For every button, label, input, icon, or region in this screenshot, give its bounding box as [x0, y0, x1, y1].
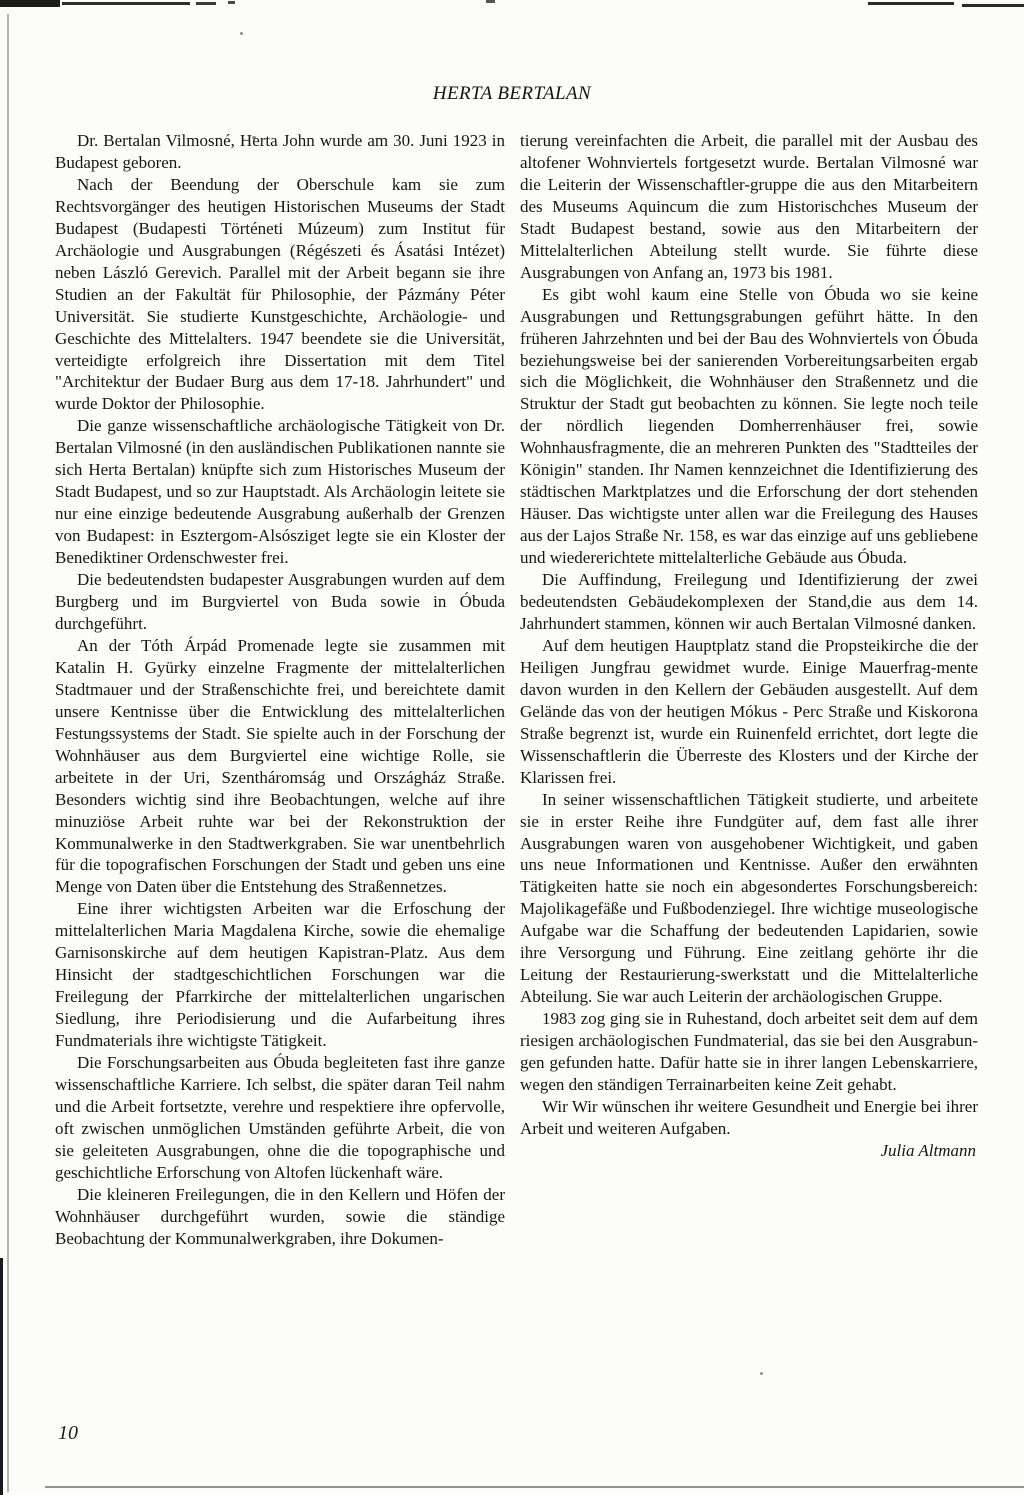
paragraph: Dr. Bertalan Vilmosné, Herta John wurde …	[55, 130, 505, 174]
scan-artifact-left-bottom-edge	[0, 1258, 3, 1495]
paragraph: Die Auffindung, Freilegung und Identifiz…	[520, 569, 978, 635]
article-body: Dr. Bertalan Vilmosné, Herta John wurde …	[55, 130, 978, 1250]
author-signature: Julia Altmann	[520, 1140, 978, 1162]
paragraph: An der Tóth Árpád Promenade legte sie zu…	[55, 635, 505, 898]
paragraph: tierung vereinfachten die Arbeit, die pa…	[520, 130, 978, 284]
scan-artifact-top-bar	[0, 0, 60, 7]
paragraph: Auf dem heutigen Hauptplatz stand die Pr…	[520, 635, 978, 789]
paragraph: Wir Wir wünschen ihr weitere Gesundheit …	[520, 1096, 978, 1140]
paragraph: Die kleineren Freilegungen, die in den K…	[55, 1184, 505, 1250]
page-number: 10	[58, 1422, 78, 1445]
paragraph: Die bedeutendsten budapester Ausgrabunge…	[55, 569, 505, 635]
scan-speck	[760, 1372, 763, 1375]
scan-artifact-top-dot	[228, 1, 235, 4]
scan-artifact-bottom-line	[45, 1486, 1024, 1488]
scan-artifact-top-right-line-2	[962, 4, 1024, 7]
right-column: tierung vereinfachten die Arbeit, die pa…	[520, 130, 978, 1250]
paragraph: Es gibt wohl kaum eine Stelle von Óbuda …	[520, 284, 978, 569]
paragraph: Eine ihrer wichtigsten Arbeiten war die …	[55, 898, 505, 1052]
paragraph: Die ganze wissenschaftliche archäologisc…	[55, 415, 505, 569]
paragraph: 1983 zog ging sie in Ruhestand, doch arb…	[520, 1008, 978, 1096]
scan-artifact-top-line	[62, 2, 190, 5]
paragraph: Nach der Beendung der Oberschule kam sie…	[55, 174, 505, 415]
scan-artifact-left-edge	[7, 14, 9, 1492]
page-title: HERTA BERTALAN	[0, 83, 1024, 105]
scan-artifact-top-mark	[486, 0, 495, 3]
scan-artifact-top-right-line	[868, 2, 954, 5]
paragraph: Die Forschungsarbeiten aus Óbuda begleit…	[55, 1052, 505, 1184]
scan-speck	[240, 32, 243, 35]
paragraph: In seiner wissenschaftlichen Tätigkeit s…	[520, 789, 978, 1009]
document-page: HERTA BERTALAN Dr. Bertalan Vilmosné, He…	[0, 0, 1024, 1495]
left-column: Dr. Bertalan Vilmosné, Herta John wurde …	[55, 130, 505, 1250]
scan-artifact-top-dash	[196, 2, 216, 5]
